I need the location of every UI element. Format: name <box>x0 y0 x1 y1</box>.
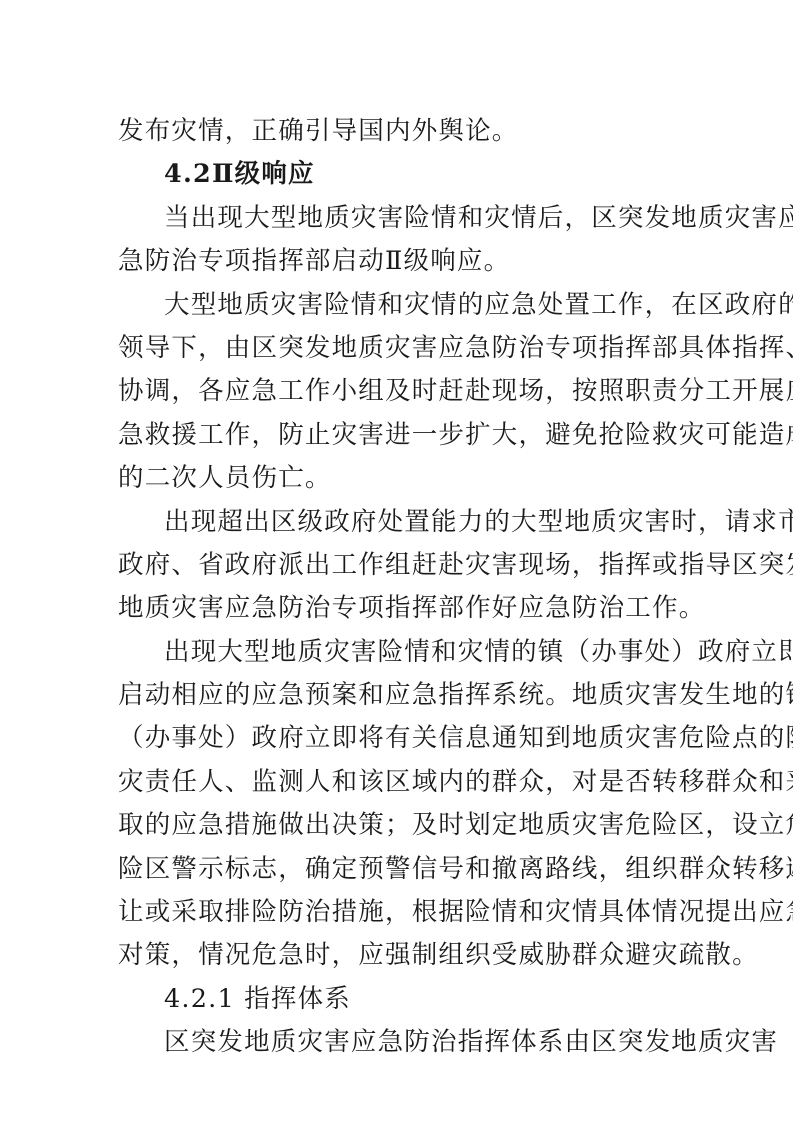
paragraph-line: （办事处）政府立即将有关信息通知到地质灾害危险点的防 <box>118 717 674 760</box>
section-heading-4-2-1: 4.2.1 指挥体系 <box>118 978 674 1021</box>
paragraph-line: 急救援工作，防止灾害进一步扩大，避免抢险救灾可能造成 <box>118 414 674 457</box>
paragraph-line: 取的应急措施做出决策；及时划定地质灾害危险区，设立危 <box>118 804 674 847</box>
paragraph-line: 协调，各应急工作小组及时赶赴现场，按照职责分工开展应 <box>118 370 674 413</box>
paragraph-line: 政府、省政府派出工作组赶赴灾害现场，指挥或指导区突发 <box>118 544 674 587</box>
paragraph-line: 出现超出区级政府处置能力的大型地质灾害时，请求市 <box>118 501 674 544</box>
paragraph-line: 发布灾情，正确引导国内外舆论。 <box>118 110 674 153</box>
paragraph-line: 险区警示标志，确定预警信号和撤离路线，组织群众转移避 <box>118 848 674 891</box>
paragraph-line: 让或采取排险防治措施，根据险情和灾情具体情况提出应急 <box>118 891 674 934</box>
paragraph-line: 领导下，由区突发地质灾害应急防治专项指挥部具体指挥、 <box>118 327 674 370</box>
paragraph-line: 地质灾害应急防治专项指挥部作好应急防治工作。 <box>118 587 674 630</box>
paragraph-line: 急防治专项指挥部启动Ⅱ级响应。 <box>118 240 674 283</box>
document-page: 发布灾情，正确引导国内外舆论。 4.2Ⅱ级响应 当出现大型地质灾害险情和灾情后，… <box>118 110 674 1065</box>
section-heading-4-2: 4.2Ⅱ级响应 <box>118 153 674 196</box>
paragraph-line: 出现大型地质灾害险情和灾情的镇（办事处）政府立即 <box>118 631 674 674</box>
paragraph-line: 的二次人员伤亡。 <box>118 457 674 500</box>
paragraph-line: 对策，情况危急时，应强制组织受威胁群众避灾疏散。 <box>118 934 674 977</box>
paragraph-line: 区突发地质灾害应急防治指挥体系由区突发地质灾害 <box>118 1021 674 1064</box>
paragraph-line: 启动相应的应急预案和应急指挥系统。地质灾害发生地的镇 <box>118 674 674 717</box>
paragraph-line: 大型地质灾害险情和灾情的应急处置工作，在区政府的 <box>118 284 674 327</box>
paragraph-line: 当出现大型地质灾害险情和灾情后，区突发地质灾害应 <box>118 197 674 240</box>
paragraph-line: 灾责任人、监测人和该区域内的群众，对是否转移群众和采 <box>118 761 674 804</box>
